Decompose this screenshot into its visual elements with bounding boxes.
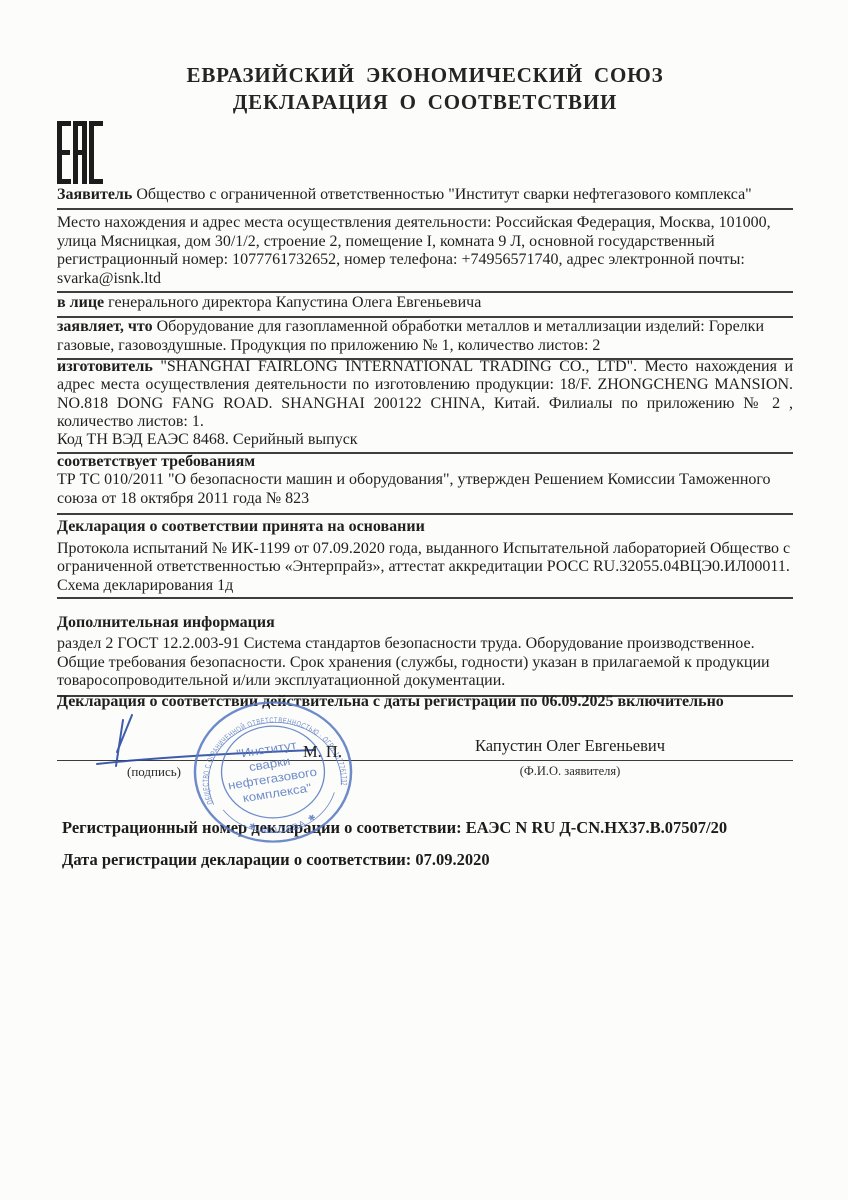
- manufacturer-value: "SHANGHAI FAIRLONG INTERNATIONAL TRADING…: [57, 358, 793, 430]
- declares-value: Оборудование для газопламенной обработки…: [57, 318, 764, 354]
- section-manufacturer: изготовитель "SHANGHAI FAIRLONG INTERNAT…: [57, 358, 793, 454]
- stamp-place-abbrev: М. П.: [303, 742, 342, 762]
- section-address: Место нахождения и адрес места осуществл…: [57, 214, 793, 293]
- company-stamp: ОБЩЕСТВО С ОГРАНИЧЕННОЙ ОТВЕТСТВЕННОСТЬЮ…: [190, 698, 356, 846]
- registration-number-line: Регистрационный номер декларации о соотв…: [62, 818, 798, 838]
- registration-date-line: Дата регистрации декларации о соответств…: [62, 850, 798, 870]
- declaration-document: ЕВРАЗИЙСКИЙ ЭКОНОМИЧЕСКИЙ СОЮЗ ДЕКЛАРАЦИ…: [0, 0, 848, 1200]
- scheme-line: Схема декларирования 1д: [57, 577, 793, 595]
- svg-text:✱ МОСКВА ✱: ✱ МОСКВА ✱: [246, 810, 322, 839]
- applicant-value: Общество с ограниченной ответственностью…: [136, 186, 751, 203]
- declares-label: заявляет, что: [57, 318, 153, 335]
- doc-title: ЕВРАЗИЙСКИЙ ЭКОНОМИЧЕСКИЙ СОЮЗ ДЕКЛАРАЦИ…: [57, 62, 793, 116]
- applicant-label: Заявитель: [57, 186, 132, 203]
- requirements-header: соответствует требованиям: [57, 452, 793, 471]
- section-validity: Декларация о соответствии действительна …: [57, 693, 793, 712]
- basis-header: Декларация о соответствии принята на осн…: [57, 517, 793, 536]
- section-requirements: соответствует требованиям ТР ТС 010/2011…: [57, 452, 793, 515]
- additional-header: Дополнительная информация: [57, 613, 793, 632]
- section-declares: заявляет, что Оборудование для газопламе…: [57, 318, 793, 360]
- eac-mark-icon: [57, 121, 117, 184]
- in-person-label: в лице: [57, 294, 104, 311]
- validity-text: Декларация о соответствии действительна …: [57, 693, 724, 710]
- stamp-ring-bottom-text: ✱ МОСКВА ✱: [246, 810, 322, 839]
- section-in-person: в лице генерального директора Капустина …: [57, 294, 793, 318]
- section-additional: Дополнительная информация раздел 2 ГОСТ …: [57, 613, 793, 697]
- doc-title-line2: ДЕКЛАРАЦИЯ О СООТВЕТСТВИИ: [57, 89, 793, 116]
- manufacturer-label: изготовитель: [57, 358, 153, 375]
- basis-text: Протокола испытаний № ИК-1199 от 07.09.2…: [57, 540, 793, 577]
- in-person-value: генерального директора Капустина Олега Е…: [108, 294, 481, 311]
- doc-title-line1: ЕВРАЗИЙСКИЙ ЭКОНОМИЧЕСКИЙ СОЮЗ: [57, 62, 793, 89]
- manufacturer-paragraph: изготовитель "SHANGHAI FAIRLONG INTERNAT…: [57, 358, 793, 431]
- applicant-name: Капустин Олег Евгеньевич: [470, 736, 670, 756]
- address-text: Место нахождения и адрес места осуществл…: [57, 214, 771, 287]
- name-caption: (Ф.И.О. заявителя): [470, 764, 670, 779]
- section-applicant: Заявитель Общество с ограниченной ответс…: [57, 186, 793, 210]
- section-basis: Декларация о соответствии принята на осн…: [57, 517, 793, 599]
- additional-text: раздел 2 ГОСТ 12.2.003-91 Система станда…: [57, 635, 793, 691]
- tnved-code-line: Код ТН ВЭД ЕАЭС 8468. Серийный выпуск: [57, 431, 793, 449]
- requirements-text: ТР ТС 010/2011 "О безопасности машин и о…: [57, 471, 793, 508]
- signature-area: (подпись) М. П. Капустин Олег Евгеньевич…: [57, 712, 793, 816]
